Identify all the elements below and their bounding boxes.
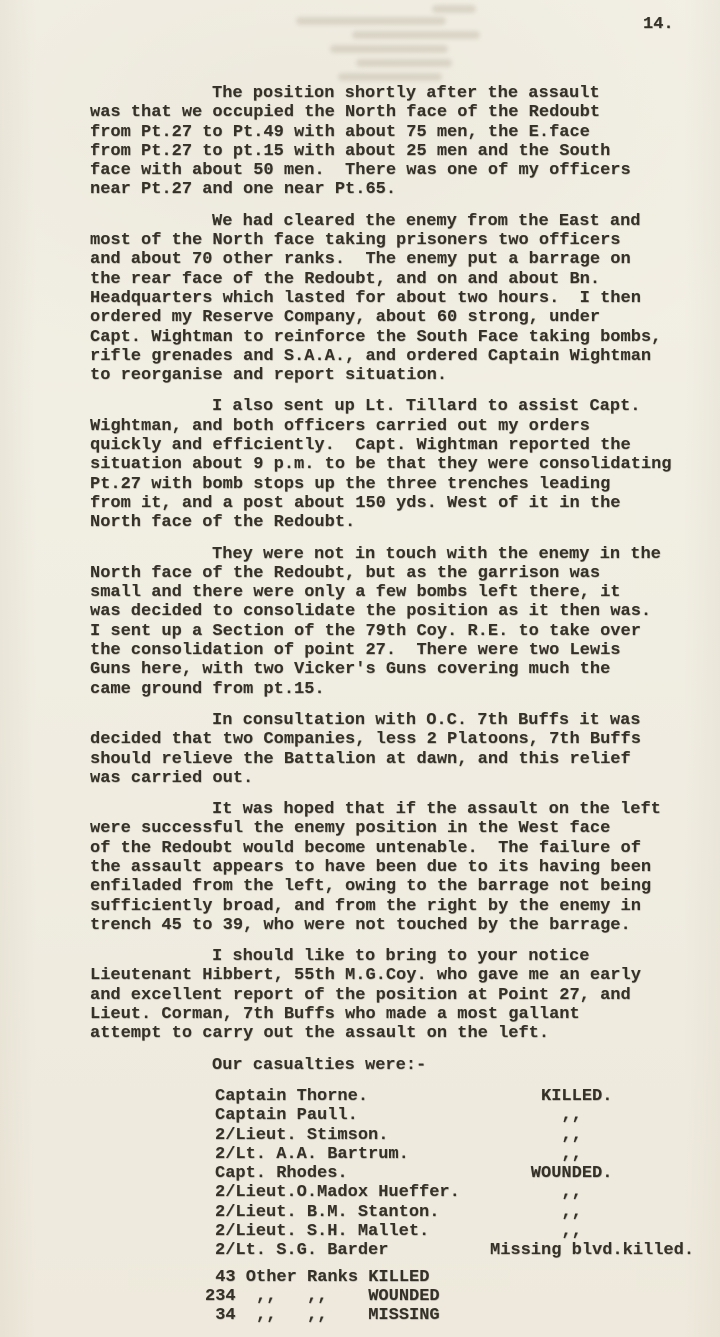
paragraph: I also sent up Lt. Tillard to assist Cap…: [90, 397, 720, 532]
text-line: and about 70 other ranks. The enemy put …: [90, 250, 720, 269]
casualty-status: ,,: [490, 1222, 582, 1241]
casualty-row: 2/Lieut. B.M. Stanton. ,,: [215, 1203, 720, 1222]
showthrough-mark: [432, 5, 476, 13]
text-line: quickly and efficiently. Capt. Wightman …: [90, 436, 720, 455]
text-line: should relieve the Battalion at dawn, an…: [90, 750, 720, 769]
casualty-row: Captain Paull. ,,: [215, 1106, 720, 1125]
text-line: Pt.27 with bomb stops up the three trenc…: [90, 475, 720, 494]
text-line: North face of the Redoubt, but as the ga…: [90, 564, 720, 583]
casualty-row: Capt. Rhodes. WOUNDED.: [215, 1164, 720, 1183]
text-line: situation about 9 p.m. to be that they w…: [90, 455, 720, 474]
showthrough-mark: [330, 45, 448, 53]
text-line: I sent up a Section of the 79th Coy. R.E…: [90, 622, 720, 641]
text-line: face with about 50 men. There was one of…: [90, 161, 720, 180]
casualty-status: ,,: [490, 1203, 582, 1222]
showthrough-mark: [352, 31, 480, 39]
paragraph: It was hoped that if the assault on the …: [90, 800, 720, 935]
text-line: Our casualties were:-: [90, 1056, 720, 1075]
text-line: from it, and a post about 150 yds. West …: [90, 494, 720, 513]
text-line: the consolidation of point 27. There wer…: [90, 641, 720, 660]
paragraph: We had cleared the enemy from the East a…: [90, 212, 720, 386]
summary-line: 43 Other Ranks KILLED: [205, 1268, 720, 1287]
text-line: I also sent up Lt. Tillard to assist Cap…: [90, 397, 720, 416]
text-line: came ground from pt.15.: [90, 680, 720, 699]
text-line: They were not in touch with the enemy in…: [90, 545, 720, 564]
text-line: and excellent report of the position at …: [90, 986, 720, 1005]
casualty-name: 2/Lt. S.G. Barder: [215, 1241, 388, 1260]
text-line: North face of the Redoubt.: [90, 513, 720, 532]
casualties-heading: Our casualties were:-: [90, 1056, 720, 1075]
casualty-row: Captain Thorne. KILLED.: [215, 1087, 720, 1106]
text-line: was decided to consolidate the position …: [90, 602, 720, 621]
summary-line: 234 ,, ,, WOUNDED: [205, 1287, 720, 1306]
showthrough-mark: [338, 73, 442, 81]
casualty-row: 2/Lieut. Stimson. ,,: [215, 1126, 720, 1145]
text-line: decided that two Companies, less 2 Plato…: [90, 730, 720, 749]
casualty-status: Missing blvd.killed.: [490, 1241, 694, 1260]
casualty-status: ,,: [490, 1145, 582, 1164]
text-line: Guns here, with two Vicker's Guns coveri…: [90, 660, 720, 679]
casualty-row: 2/Lt. S.G. BarderMissing blvd.killed.: [215, 1241, 720, 1260]
text-line: Headquarters which lasted for about two …: [90, 289, 720, 308]
casualty-row: 2/Lt. A.A. Bartrum. ,,: [215, 1145, 720, 1164]
text-line: to reorganise and report situation.: [90, 366, 720, 385]
text-line: The position shortly after the assault: [90, 84, 720, 103]
paragraph: I should like to bring to your noticeLie…: [90, 947, 720, 1043]
text-line: Lieutenant Hibbert, 55th M.G.Coy. who ga…: [90, 966, 720, 985]
text-line: Wightman, and both officers carried out …: [90, 417, 720, 436]
text-line: We had cleared the enemy from the East a…: [90, 212, 720, 231]
text-line: trench 45 to 39, who were not touched by…: [90, 916, 720, 935]
text-line: small and there were only a few bombs le…: [90, 583, 720, 602]
text-line: I should like to bring to your notice: [90, 947, 720, 966]
paragraph: The position shortly after the assaultwa…: [90, 84, 720, 200]
casualty-status: KILLED.: [490, 1087, 612, 1106]
casualty-name: 2/Lt. A.A. Bartrum.: [215, 1145, 409, 1164]
paragraph: In consultation with O.C. 7th Buffs it w…: [90, 711, 720, 788]
other-ranks-summary: 43 Other Ranks KILLED234 ,, ,, WOUNDED 3…: [205, 1268, 720, 1326]
text-line: from Pt.27 to Pt.49 with about 75 men, t…: [90, 123, 720, 142]
casualty-name: 2/Lieut. S.H. Mallet.: [215, 1222, 429, 1241]
paragraph: They were not in touch with the enemy in…: [90, 545, 720, 699]
casualty-table: Captain Thorne. KILLED.Captain Paull. ,,…: [215, 1087, 720, 1261]
showthrough-mark: [356, 59, 452, 67]
report-body: The position shortly after the assaultwa…: [90, 84, 720, 1326]
text-line: was carried out.: [90, 769, 720, 788]
casualty-row: 2/Lieut.O.Madox Hueffer. ,,: [215, 1183, 720, 1202]
text-line: Lieut. Corman, 7th Buffs who made a most…: [90, 1005, 720, 1024]
casualty-name: 2/Lieut. Stimson.: [215, 1126, 388, 1145]
casualty-status: ,,: [490, 1126, 582, 1145]
text-line: ordered my Reserve Company, about 60 str…: [90, 308, 720, 327]
text-line: the assault appears to have been due to …: [90, 858, 720, 877]
text-line: most of the North face taking prisoners …: [90, 231, 720, 250]
text-line: from Pt.27 to pt.15 with about 25 men an…: [90, 142, 720, 161]
casualty-name: 2/Lieut.O.Madox Hueffer.: [215, 1183, 460, 1202]
text-line: Capt. Wightman to reinforce the South Fa…: [90, 328, 720, 347]
text-line: near Pt.27 and one near Pt.65.: [90, 180, 720, 199]
text-line: It was hoped that if the assault on the …: [90, 800, 720, 819]
document-page: 14. The position shortly after the assau…: [0, 0, 720, 1337]
casualty-name: Captain Thorne.: [215, 1087, 368, 1106]
casualty-status: ,,: [490, 1106, 582, 1125]
page-number: 14.: [643, 15, 674, 35]
summary-line: 34 ,, ,, MISSING: [205, 1306, 720, 1325]
text-line: rifle grenades and S.A.A., and ordered C…: [90, 347, 720, 366]
casualty-status: ,,: [490, 1183, 582, 1202]
text-line: In consultation with O.C. 7th Buffs it w…: [90, 711, 720, 730]
text-line: the rear face of the Redoubt, and on and…: [90, 270, 720, 289]
text-line: of the Redoubt would become untenable. T…: [90, 839, 720, 858]
casualty-row: 2/Lieut. S.H. Mallet. ,,: [215, 1222, 720, 1241]
casualty-name: Capt. Rhodes.: [215, 1164, 348, 1183]
text-line: was that we occupied the North face of t…: [90, 103, 720, 122]
text-line: enfiladed from the left, owing to the ba…: [90, 877, 720, 896]
text-line: sufficiently broad, and from the right b…: [90, 897, 720, 916]
showthrough-mark: [296, 17, 446, 25]
casualty-name: 2/Lieut. B.M. Stanton.: [215, 1203, 439, 1222]
casualty-name: Captain Paull.: [215, 1106, 358, 1125]
text-line: attempt to carry out the assault on the …: [90, 1024, 720, 1043]
casualty-status: WOUNDED.: [490, 1164, 612, 1183]
text-line: were successful the enemy position in th…: [90, 819, 720, 838]
